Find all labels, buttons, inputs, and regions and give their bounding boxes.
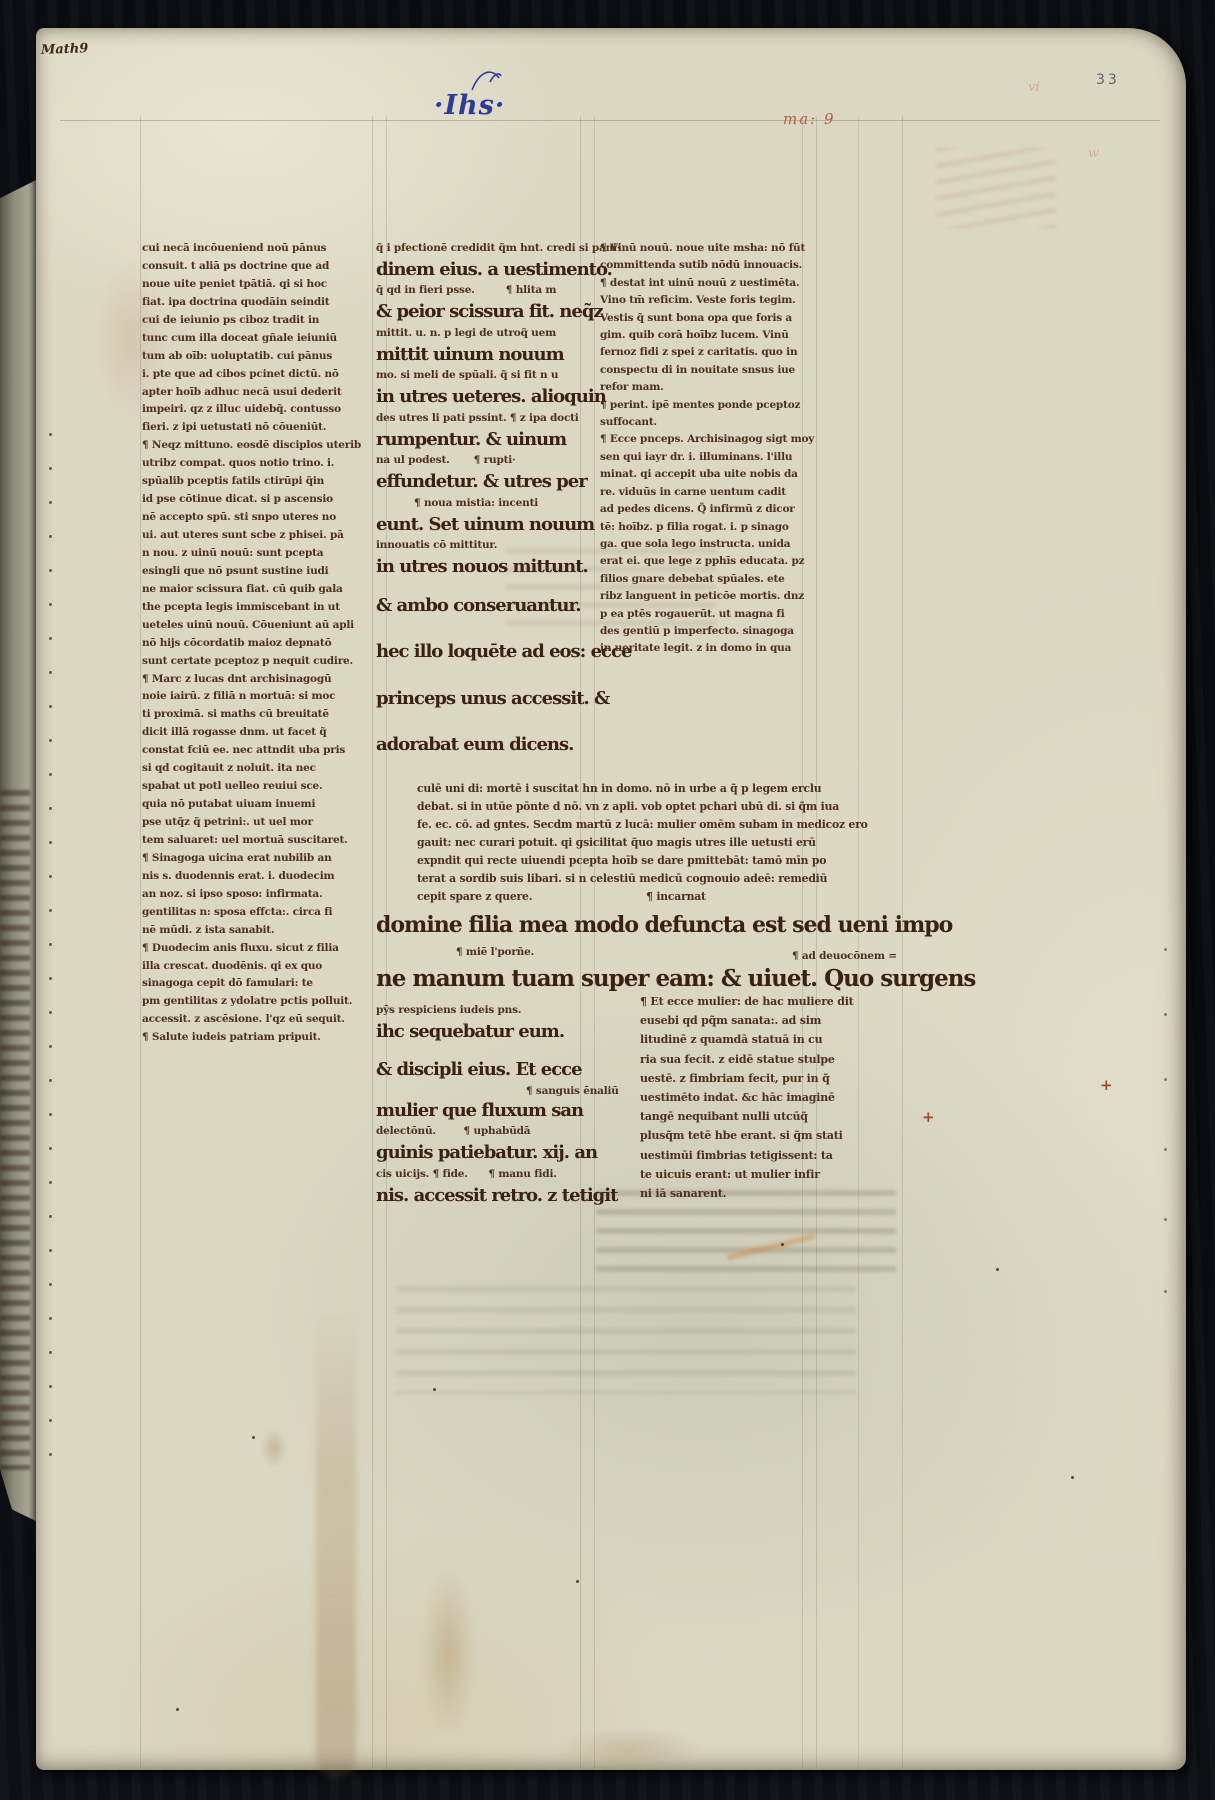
gloss-line: spabat ut potl uelleo reuiui sce. [142,778,374,796]
verso-bleedthrough [936,148,1056,228]
quire-corner-note: Math9 [41,41,89,58]
prick-mark [49,841,52,844]
prick-mark [49,1181,52,1184]
gloss-line: ti proximā. si maths cū breuitatē [142,706,374,724]
prick-mark [49,977,52,980]
line-gap [376,665,936,687]
gloss-line: noue uite peniet tpātiā. qi si hoc [142,276,374,294]
faint-margin-letter: vi [1028,80,1040,95]
gloss-line: debat. si in utūe pōnte d nō. vn z apli.… [417,798,917,816]
gloss-line: ¶ Duodecim anis fluxu. sicut z filia [142,940,374,958]
gloss-line: ¶ Sinagoga uicina erat nubilib an [142,850,374,868]
gloss-line: ¶ Marc z lucas dnt archisinagogū [142,671,374,689]
prick-mark [49,1113,52,1116]
gloss-line: dicit illā rogasse dnm. ut facet q̃ [142,724,374,742]
lemma-line: mulier que fluxum san [376,1099,676,1124]
faint-margin-letter: w [1088,146,1099,161]
gloss-line: ueteles uinū nouū. Cōueniunt aū apli [142,617,374,635]
gloss-line: fernoz fidi z spei z caritatis. quo in [600,344,820,361]
gloss-line: committenda sutib nōdū innouacis. [600,257,820,274]
gloss-line: gim. quib corā hoībz lucem. Vinū [600,327,820,344]
gloss-line: ¶ Neqz mittuno. eosdē disciplos uterib [142,437,374,455]
verso-bleedthrough [596,1190,896,1282]
prick-mark [49,535,52,538]
gloss-line: ¶ Ecce pnceps. Archisinagog sigt moy [600,431,820,448]
prick-mark [49,1147,52,1150]
ruling-line [60,120,1160,121]
gloss-line: fe. ec. cō. ad gntes. Secdm martū z lucā… [417,816,917,834]
prick-mark [49,807,52,810]
gloss-line: uestimūi fimbrias tetigissent: ta [640,1146,915,1165]
gloss-line: nis s. duodennis erat. i. duodecim [142,868,374,886]
edge-stitch-mark [1164,948,1167,951]
gloss-line: in ueritate legit. z in domo in qua [600,640,820,657]
prick-mark [49,1249,52,1252]
gloss-line: Vino tm̄ reficim. Veste foris tegim. [600,292,820,309]
gloss-line: i. pte que ad cibos pcinet dictū. nō [142,366,374,384]
stain [556,1728,706,1770]
gloss-line: sunt certate pceptoz p nequit cudire. [142,653,374,671]
lemma-line: guinis patiebatur. xij. an [376,1141,676,1166]
prick-mark [49,1419,52,1422]
gloss-line: re. viduūs in carne uentum cadit [600,484,820,501]
verso-bleedthrough [396,1286,856,1394]
gloss-line: cis uicijs. ¶ fide. ¶ manu fidi. [376,1166,676,1184]
gloss-line: nē accepto spū. sti snpo uteres no [142,509,374,527]
folio-number: 33 [1096,72,1120,88]
gloss-line: pm gentilitas z ydolatre pctis polluit. [142,993,374,1011]
margin-cross-mark: + [922,1108,935,1126]
prick-mark [49,671,52,674]
gloss-line: impeiri. qz z illuc uidebq̃. contusso [142,401,374,419]
manuscript-page: Math9 ·Ihs· ma: 9 33 vi w cui necā incōu… [36,28,1186,1770]
column-3-gloss-lower: ¶ Et ecce mulier: de hac muliere diteuse… [640,992,915,1203]
prick-mark [49,773,52,776]
lemma-line: ne manum tuam super eam: & uiuet. Quo su… [376,964,975,994]
verso-bleedthrough [506,548,716,628]
ihs-monogram: ·Ihs· [434,90,505,121]
gloss-line: nē mūdi. z ista sanabit. [142,922,374,940]
prick-mark [49,433,52,436]
gloss-line: accessit. z ascēsione. l'qz eū sequit. [142,1011,374,1029]
stain [421,1568,476,1738]
prick-mark [49,569,52,572]
gloss-line: ne maior scissura fiat. cū quib gala [142,581,374,599]
gloss-line: utribz compat. quos notio trino. i. [142,455,374,473]
gloss-line: tangē nequibant nulli utcūq̃ [640,1107,915,1126]
gloss-line: sen qui iayr dr. i. illuminans. l'illu [600,449,820,466]
gloss-line: plusq̃m tetē hbe erant. si q̃m stati [640,1126,915,1145]
gloss-line: gentilitas n: sposa effcta:. circa fi [142,904,374,922]
prick-mark [49,1045,52,1048]
gloss-line: culē uni di: mortē i suscitat hn in domo… [417,780,917,798]
prick-mark [49,943,52,946]
lemma-line: adorabat eum dicens. [376,733,936,758]
column-1-gloss: cui necā incōueniend noū pānusconsuit. t… [142,240,374,1047]
gloss-line: pse utq̃z q̃ petrini:. ut uel mor [142,814,374,832]
prick-mark [49,909,52,912]
gloss-line: consuit. t aliā ps doctrine que ad [142,258,374,276]
gloss-line: the pcepta legis immiscebant in ut [142,599,374,617]
gloss-line: noie iairū. z filiā n mortuā: si moc [142,688,374,706]
gloss-line: cepit spare z quere. ¶ incarnat [417,888,917,906]
edge-stitch-mark [1164,1148,1167,1151]
edge-stitch-mark [1164,1290,1167,1293]
gloss-line: suffocant. [600,414,820,431]
prick-mark [49,1011,52,1014]
fold-stain [316,1308,356,1778]
gloss-line: expndit qui recte uiuendi pcepta hoīb se… [417,852,917,870]
prick-mark [49,1079,52,1082]
gloss-line: minat. qi accepit uba uite nobis da [600,466,820,483]
line-gap [376,711,936,733]
gloss-line: si qd cogitauit z noluit. ita nec [142,760,374,778]
gloss-line: delectōnū. ¶ uphabūdā [376,1123,676,1141]
gloss-line: ¶ Vinū nouū. noue uite msha: nō fūt [600,240,820,257]
facing-page-edge [0,178,40,1523]
margin-cross-mark: + [1100,1076,1113,1094]
lemma-line: ihc sequebatur eum. [376,1020,676,1045]
gloss-line: gauit: nec curari potuit. qi gsicilitat … [417,834,917,852]
stain [261,1428,287,1468]
gloss-line: n nou. z uinū nouū: sunt pcepta [142,545,374,563]
gloss-line: refor mam. [600,379,820,396]
prick-mark [49,1283,52,1286]
line-gap [376,1044,676,1058]
wide-gloss-block: culē uni di: mortē i suscitat hn in domo… [417,780,917,906]
prick-mark [49,1453,52,1456]
gloss-line: ad pedes dicens. Q̃ infirmū z dicor [600,501,820,518]
gloss-line: illa crescat. duodēnis. qi ex quo [142,958,374,976]
edge-stitch-mark [1164,1013,1167,1016]
gloss-line: conspectu di in nouitate snsus iue [600,362,820,379]
gloss-line: ria sua fecit. z eidē statue stulpe [640,1050,915,1069]
lemma-line: princeps unus accessit. & [376,687,936,712]
gloss-line: te uicuis erant: ut mulier infir [640,1165,915,1184]
stain [96,258,166,418]
gloss-line: uestē. z fimbriam fecit, pur in q̃ [640,1069,915,1088]
gloss-line: ¶ miē l'porñe. [456,944,534,960]
column-2-lower: pȳs respiciens iudeis pns.ihc sequebatur… [376,1002,676,1208]
gloss-line: esingli que nō psunt sustine iudi [142,563,374,581]
gloss-line: terat a sordib suis libari. si n celesti… [417,870,917,888]
gloss-line: ¶ ad deuocōnem = [792,948,897,964]
gloss-line: ¶ Et ecce mulier: de hac muliere dit [640,992,915,1011]
prick-mark [49,705,52,708]
edge-stitch-mark [1164,1078,1167,1081]
gloss-line: tum ab oīb: uoluptatib. cui pānus [142,348,374,366]
prick-mark [49,875,52,878]
gloss-line: sinagoga cepit dō famulari: te [142,975,374,993]
prick-mark [49,1351,52,1354]
gloss-line: ¶ Salute iudeis patriam pripuit. [142,1029,374,1047]
prick-mark [49,637,52,640]
gloss-line: fieri. z ipi uetustati nō cōueniūt. [142,419,374,437]
gloss-line: uestimēto indat. &c hāc imaginē [640,1088,915,1107]
lemma-line: domine filia mea modo defuncta est sed u… [376,910,952,940]
prick-mark [49,739,52,742]
chapter-rubric: ma: 9 [783,110,836,128]
gloss-line: apter hoīb adhuc necā usui dederit [142,384,374,402]
gloss-line: constat fciū ee. nec attndit uba pris [142,742,374,760]
lemma-line: & discipli eius. Et ecce [376,1058,676,1083]
gloss-line: an noz. si ipso sposo: infirmata. [142,886,374,904]
gloss-line: pȳs respiciens iudeis pns. [376,1002,676,1020]
gloss-line: tem saluaret: uel mortuā suscitaret. [142,832,374,850]
facing-page-text-blur [0,790,30,1470]
gloss-line: cui de ieiunio ps ciboz tradit in [142,312,374,330]
gloss-line: tunc cum illa doceat gñale ieiuniū [142,330,374,348]
gloss-line: tē: hoībz. p filia rogat. i. p sinago [600,519,820,536]
prick-mark [49,1317,52,1320]
gloss-line: id pse cōtinue dicat. si p ascensio [142,491,374,509]
gloss-line: litudinē z quamdā statuā in cu [640,1030,915,1049]
gloss-line: nō hijs cōcordatib maioz depnatō [142,635,374,653]
prick-mark [49,1215,52,1218]
gloss-line: fiat. ipa doctrina quodāin seindit [142,294,374,312]
gloss-line: ui. aut uteres sunt scbe z phisei. pā [142,527,374,545]
prick-mark [49,467,52,470]
gloss-line: ¶ perint. ipē mentes ponde pceptoz [600,397,820,414]
gloss-line: cui necā incōueniend noū pānus [142,240,374,258]
gloss-line: quia nō putabat uiuam inuemi [142,796,374,814]
prick-mark [49,1385,52,1388]
gloss-line: spūalib pceptis fatils ctirūpi q̃in [142,473,374,491]
edge-stitch-mark [1164,1218,1167,1221]
gloss-line: Vestis q̃ sunt bona opa que foris a [600,310,820,327]
gloss-line: eusebi qd pq̃m sanata:. ad sim [640,1011,915,1030]
gloss-line: ¶ destat int uinū nouū z uestimēta. [600,275,820,292]
ihs-flourish-icon [468,68,502,92]
prick-mark [49,603,52,606]
prick-mark [49,501,52,504]
gloss-line: ¶ sanguis ēnaliū [376,1083,676,1099]
